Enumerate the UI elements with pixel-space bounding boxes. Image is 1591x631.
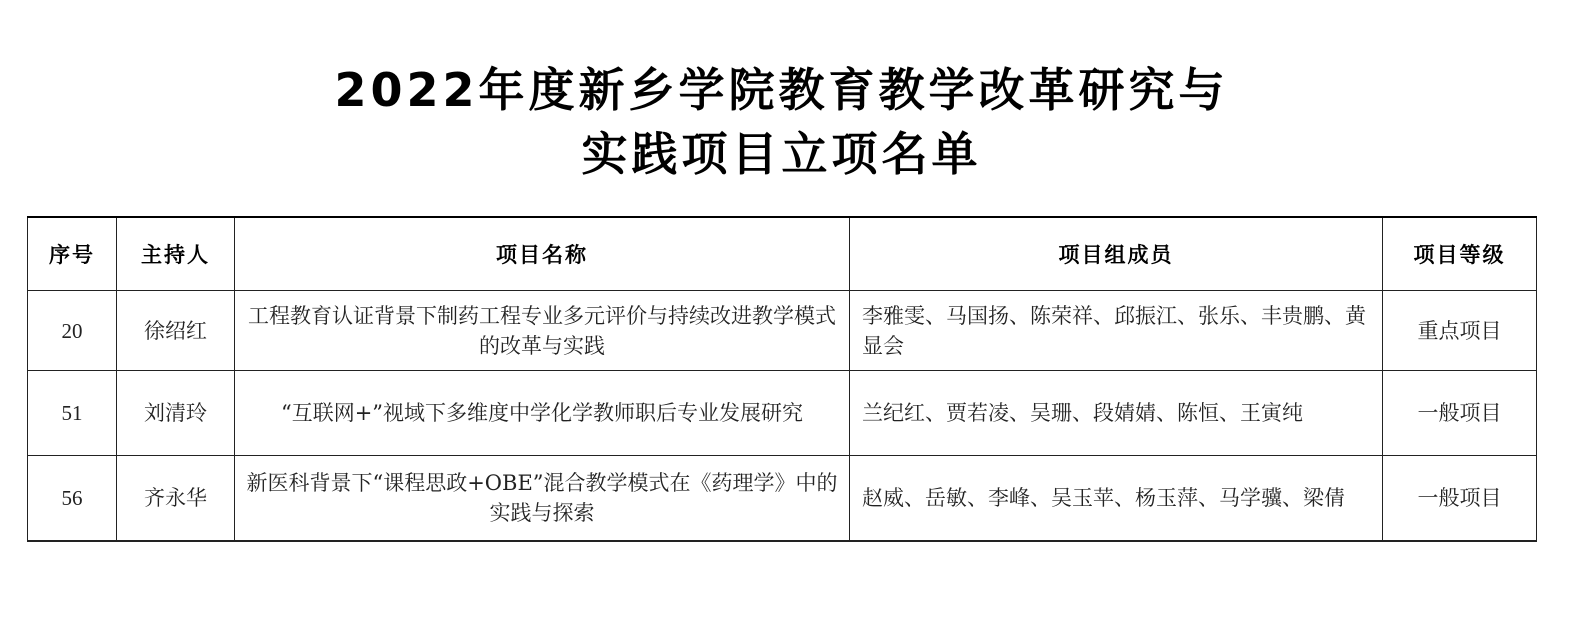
cell-host: 齐永华 xyxy=(117,456,235,542)
cell-level: 一般项目 xyxy=(1383,456,1537,542)
cell-host: 刘清玲 xyxy=(117,371,235,456)
project-list-table: 序号 主持人 项目名称 项目组成员 项目等级 20 徐绍红 工程教育认证背景下制… xyxy=(27,216,1537,542)
document-title-line-2: 实践项目立项名单 xyxy=(0,118,1563,184)
cell-members: 兰纪红、贾若凌、吴珊、段婧婧、陈恒、王寅纯 xyxy=(850,371,1383,456)
cell-members: 赵威、岳敏、李峰、吴玉苹、杨玉萍、马学骥、梁倩 xyxy=(850,456,1383,542)
cell-host: 徐绍红 xyxy=(117,291,235,371)
cell-seq: 51 xyxy=(28,371,117,456)
header-project-name: 项目名称 xyxy=(235,217,850,291)
table-header-row: 序号 主持人 项目名称 项目组成员 项目等级 xyxy=(28,217,1537,291)
header-members: 项目组成员 xyxy=(850,217,1383,291)
document-title-line-1: 2022年度新乡学院教育教学改革研究与 xyxy=(0,54,1563,120)
cell-seq: 20 xyxy=(28,291,117,371)
table-row: 20 徐绍红 工程教育认证背景下制药工程专业多元评价与持续改进教学模式的改革与实… xyxy=(28,291,1537,371)
header-seq: 序号 xyxy=(28,217,117,291)
header-level: 项目等级 xyxy=(1383,217,1537,291)
table-row: 51 刘清玲 “互联网+”视域下多维度中学化学教师职后专业发展研究 兰纪红、贾若… xyxy=(28,371,1537,456)
header-host: 主持人 xyxy=(117,217,235,291)
cell-level: 重点项目 xyxy=(1383,291,1537,371)
cell-project-name: 新医科背景下“课程思政+OBE”混合教学模式在《药理学》中的实践与探索 xyxy=(235,456,850,542)
cell-project-name: “互联网+”视域下多维度中学化学教师职后专业发展研究 xyxy=(235,371,850,456)
cell-seq: 56 xyxy=(28,456,117,542)
cell-level: 一般项目 xyxy=(1383,371,1537,456)
table-row: 56 齐永华 新医科背景下“课程思政+OBE”混合教学模式在《药理学》中的实践与… xyxy=(28,456,1537,542)
cell-project-name: 工程教育认证背景下制药工程专业多元评价与持续改进教学模式的改革与实践 xyxy=(235,291,850,371)
cell-members: 李雅雯、马国扬、陈荣祥、邱振江、张乐、丰贵鹏、黄显会 xyxy=(850,291,1383,371)
